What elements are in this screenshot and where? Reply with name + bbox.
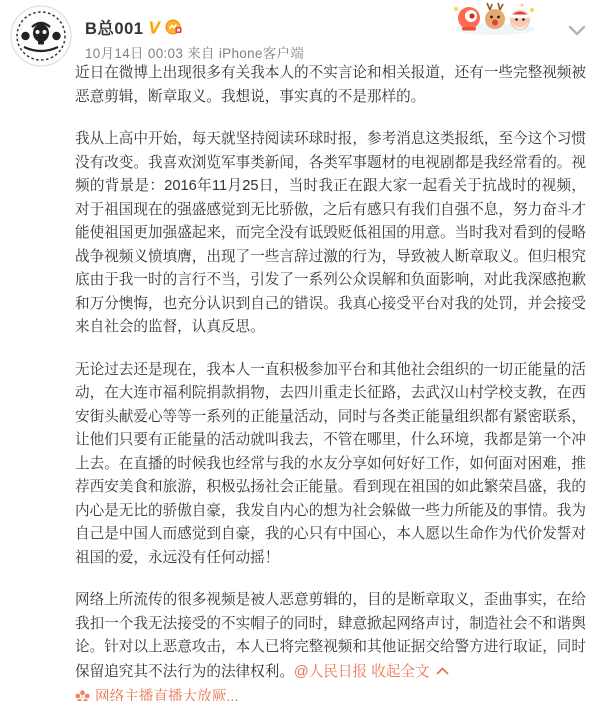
timestamp: 10月14日 00:03 来自 iPhone客户端 <box>85 42 304 62</box>
chevron-down-icon[interactable] <box>568 24 588 40</box>
paragraph-4: 网络上所流传的很多视频是被人恶意剪辑的，目的是断章取义，歪曲事实，在给我扣一个我… <box>75 589 586 684</box>
holiday-decorations <box>452 2 538 36</box>
paragraph-3: 无论过去还是现在，我本人一直积极参加平台和其他社会组织的一切正能量的活动，在大连… <box>75 359 586 571</box>
vip-badge-icon <box>165 18 183 36</box>
verified-v-icon: V <box>148 19 159 36</box>
collapse-chevron-icon[interactable] <box>436 660 449 684</box>
author-row: B总001 V <box>85 16 183 38</box>
topic-link[interactable]: 网络主播直播大放厥... <box>95 687 239 701</box>
collapse-link[interactable]: 收起全文 <box>371 664 429 680</box>
reindeer-icon <box>485 3 505 29</box>
paragraph-1: 近日在微博上出现很多有关我本人的不实言论和相关报道，还有一些完整视频被恶意剪辑，… <box>75 62 586 109</box>
paragraph-2: 我从上高中开始，每天就坚持阅读环球时报，参考消息这类报纸，至今这个习惯没有改变。… <box>75 128 586 340</box>
author-name[interactable]: B总001 <box>85 15 143 39</box>
avatar[interactable] <box>10 5 72 67</box>
mention-link[interactable]: @人民日报 <box>294 664 367 680</box>
club-badge-avatar-graphic <box>10 5 72 67</box>
topic-flower-icon <box>75 690 90 701</box>
topic-row[interactable]: 网络主播直播大放厥... <box>75 687 586 701</box>
post-body: 近日在微博上出现很多有关我本人的不实言论和相关报道，还有一些完整视频被恶意剪辑，… <box>75 62 586 701</box>
weibo-post: B总001 V 10月14日 00:03 来自 iPhone客户端 <box>0 0 596 701</box>
